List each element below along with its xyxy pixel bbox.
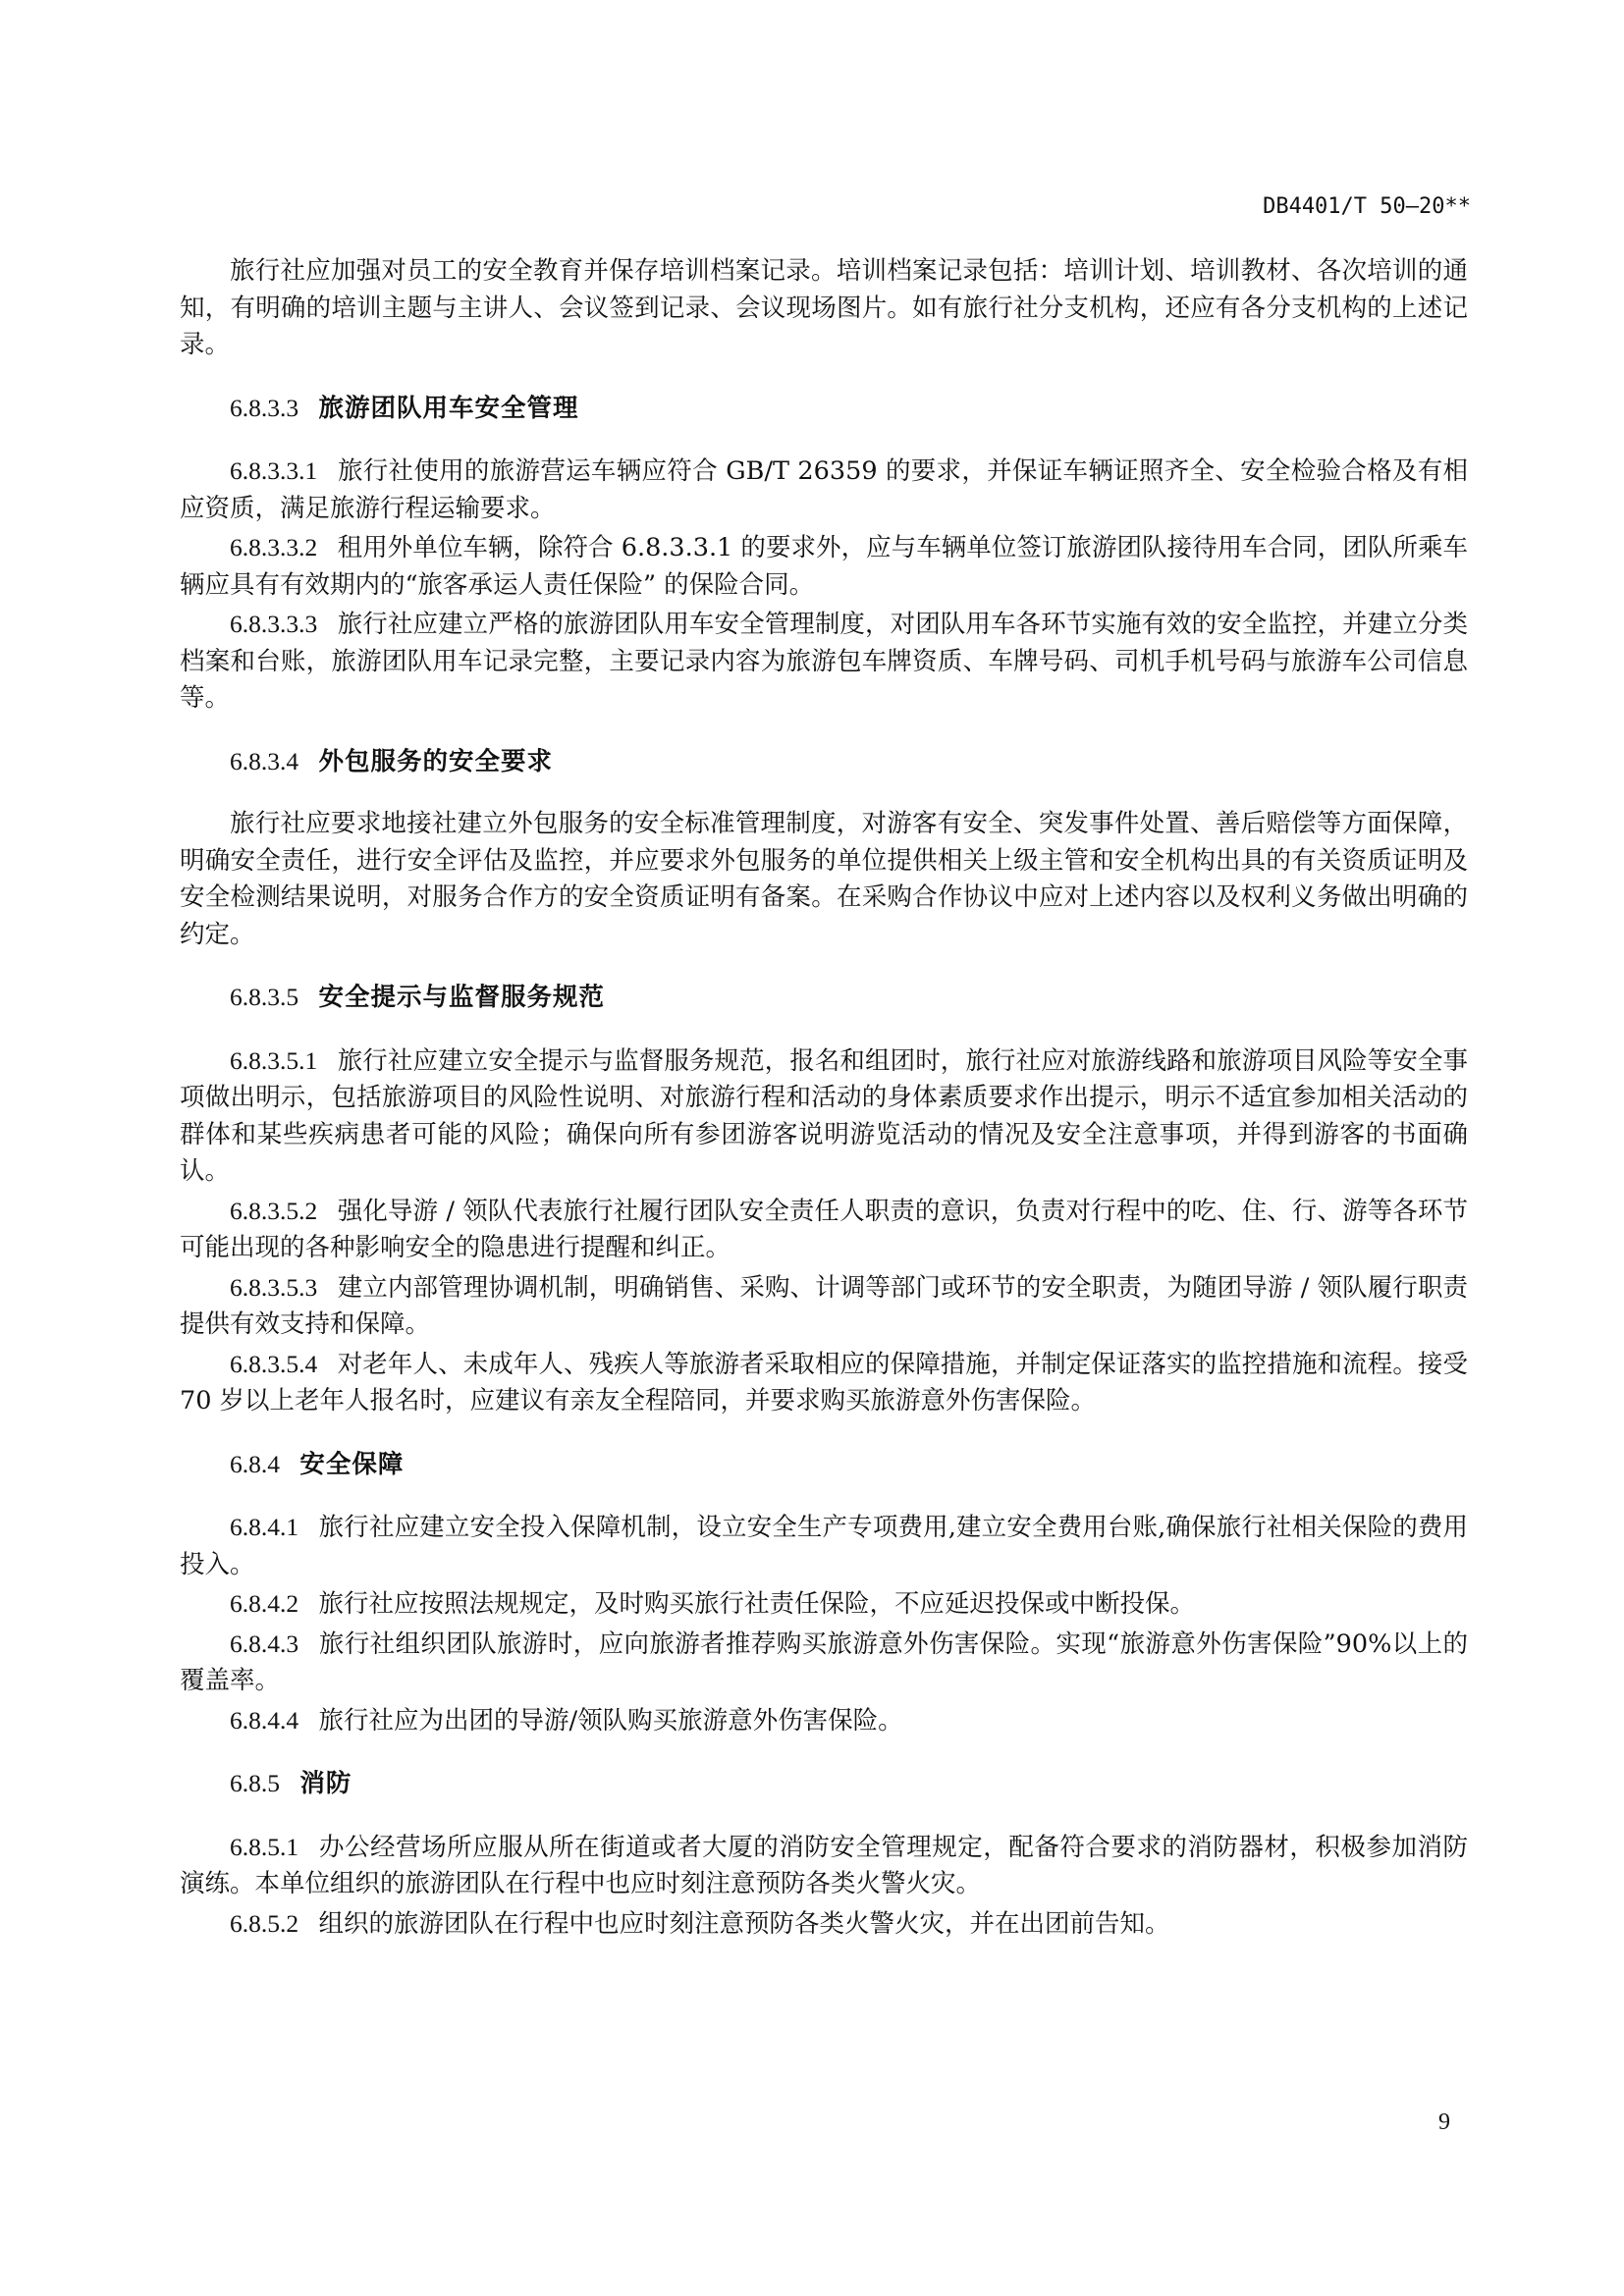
- clause-number: 6.8.3.5.1: [230, 1046, 317, 1075]
- clause-number: 6.8.3.3.2: [230, 533, 317, 561]
- section-title: 安全提示与监督服务规范: [319, 983, 606, 1012]
- section-number: 6.8.3.5: [230, 983, 298, 1011]
- page-number: 9: [1438, 2109, 1450, 2136]
- clause-number: 6.8.3.5.4: [230, 1350, 317, 1378]
- clause-number: 6.8.5.1: [230, 1833, 298, 1861]
- clause-number: 6.8.4.4: [230, 1706, 298, 1735]
- clause-6852: 6.8.5.2组织的旅游团队在行程中也应时刻注意预防各类火警火灾，并在出团前告知…: [180, 1905, 1468, 1944]
- clause-number: 6.8.3.3.1: [230, 456, 317, 485]
- clause-68351: 6.8.3.5.1旅行社应建立安全提示与监督服务规范，报名和组团时，旅行社应对旅…: [180, 1042, 1468, 1191]
- clause-number: 6.8.3.3.3: [230, 610, 317, 638]
- clause-6851: 6.8.5.1办公经营场所应服从所在街道或者大厦的消防安全管理规定，配备符合要求…: [180, 1829, 1468, 1903]
- section-title: 外包服务的安全要求: [319, 747, 554, 776]
- section-heading-6833: 6.8.3.3旅游团队用车安全管理: [230, 390, 1468, 428]
- clause-text: 强化导游 / 领队代表旅行社履行团队安全责任人职责的意识，负责对行程中的吃、住、…: [180, 1197, 1468, 1263]
- clause-68333: 6.8.3.3.3旅行社应建立严格的旅游团队用车安全管理制度，对团队用车各环节实…: [180, 606, 1468, 718]
- section-title: 旅游团队用车安全管理: [319, 394, 579, 423]
- clause-6841: 6.8.4.1旅行社应建立安全投入保障机制，设立安全生产专项费用,建立安全费用台…: [180, 1509, 1468, 1583]
- clause-text: 旅行社应建立严格的旅游团队用车安全管理制度，对团队用车各环节实施有效的安全监控，…: [180, 610, 1468, 713]
- clause-number: 6.8.5.2: [230, 1909, 298, 1938]
- section-heading-684: 6.8.4安全保障: [230, 1446, 1468, 1484]
- page-content: 旅行社应加强对员工的安全教育并保存培训档案记录。培训档案记录包括：培训计划、培训…: [180, 253, 1468, 1943]
- clause-6843: 6.8.4.3旅行社组织团队旅游时，应向旅游者推荐购买旅游意外伤害保险。实现“旅…: [180, 1626, 1468, 1700]
- clause-68332: 6.8.3.3.2租用外单位车辆，除符合 6.8.3.3.1 的要求外，应与车辆…: [180, 529, 1468, 604]
- clause-text: 租用外单位车辆，除符合 6.8.3.3.1 的要求外，应与车辆单位签订旅游团队接…: [180, 533, 1468, 600]
- clause-text: 办公经营场所应服从所在街道或者大厦的消防安全管理规定，配备符合要求的消防器材，积…: [180, 1833, 1468, 1899]
- clause-number: 6.8.3.5.3: [230, 1273, 317, 1302]
- section-paragraph-6834: 旅行社应要求地接社建立外包服务的安全标准管理制度，对游客有安全、突发事件处置、善…: [180, 806, 1468, 953]
- clause-6844: 6.8.4.4旅行社应为出团的导游/领队购买旅游意外伤害保险。: [180, 1702, 1468, 1740]
- clause-number: 6.8.4.3: [230, 1629, 298, 1658]
- section-number: 6.8.5: [230, 1769, 280, 1797]
- clause-68353: 6.8.3.5.3建立内部管理协调机制，明确销售、采购、计调等部门或环节的安全职…: [180, 1269, 1468, 1344]
- clause-number: 6.8.4.1: [230, 1513, 298, 1541]
- clause-text: 建立内部管理协调机制，明确销售、采购、计调等部门或环节的安全职责，为随团导游 /…: [180, 1273, 1468, 1340]
- clause-68354: 6.8.3.5.4对老年人、未成年人、残疾人等旅游者采取相应的保障措施，并制定保…: [180, 1346, 1468, 1420]
- section-heading-6834: 6.8.3.4外包服务的安全要求: [230, 743, 1468, 781]
- clause-68331: 6.8.3.3.1旅行社使用的旅游营运车辆应符合 GB/T 26359 的要求，…: [180, 453, 1468, 527]
- clause-text: 对老年人、未成年人、残疾人等旅游者采取相应的保障措施，并制定保证落实的监控措施和…: [180, 1350, 1468, 1416]
- clause-text: 旅行社应建立安全投入保障机制，设立安全生产专项费用,建立安全费用台账,确保旅行社…: [180, 1513, 1468, 1579]
- clause-text: 旅行社组织团队旅游时，应向旅游者推荐购买旅游意外伤害保险。实现“旅游意外伤害保险…: [180, 1629, 1468, 1696]
- clause-number: 6.8.4.2: [230, 1589, 298, 1618]
- intro-paragraph: 旅行社应加强对员工的安全教育并保存培训档案记录。培训档案记录包括：培训计划、培训…: [180, 253, 1468, 364]
- section-heading-685: 6.8.5消防: [230, 1765, 1468, 1803]
- clause-number: 6.8.3.5.2: [230, 1197, 317, 1225]
- section-title: 安全保障: [299, 1450, 404, 1479]
- clause-68352: 6.8.3.5.2强化导游 / 领队代表旅行社履行团队安全责任人职责的意识，负责…: [180, 1193, 1468, 1267]
- document-code: DB4401/T 50—20**: [1263, 194, 1471, 219]
- section-number: 6.8.3.3: [230, 394, 298, 422]
- clause-text: 旅行社应按照法规规定，及时购买旅行社责任保险，不应延迟投保或中断投保。: [319, 1589, 1196, 1619]
- clause-text: 旅行社使用的旅游营运车辆应符合 GB/T 26359 的要求，并保证车辆证照齐全…: [180, 456, 1468, 523]
- document-page: DB4401/T 50—20** 旅行社应加强对员工的安全教育并保存培训档案记录…: [0, 0, 1624, 2296]
- section-heading-6835: 6.8.3.5安全提示与监督服务规范: [230, 979, 1468, 1017]
- section-number: 6.8.3.4: [230, 747, 298, 775]
- clause-6842: 6.8.4.2旅行社应按照法规规定，及时购买旅行社责任保险，不应延迟投保或中断投…: [180, 1585, 1468, 1624]
- clause-text: 旅行社应为出团的导游/领队购买旅游意外伤害保险。: [319, 1706, 903, 1735]
- section-title: 消防: [299, 1769, 352, 1798]
- clause-text: 组织的旅游团队在行程中也应时刻注意预防各类火警火灾，并在出团前告知。: [319, 1909, 1170, 1939]
- clause-text: 旅行社应建立安全提示与监督服务规范，报名和组团时，旅行社应对旅游线路和旅游项目风…: [180, 1046, 1468, 1187]
- section-number: 6.8.4: [230, 1450, 280, 1478]
